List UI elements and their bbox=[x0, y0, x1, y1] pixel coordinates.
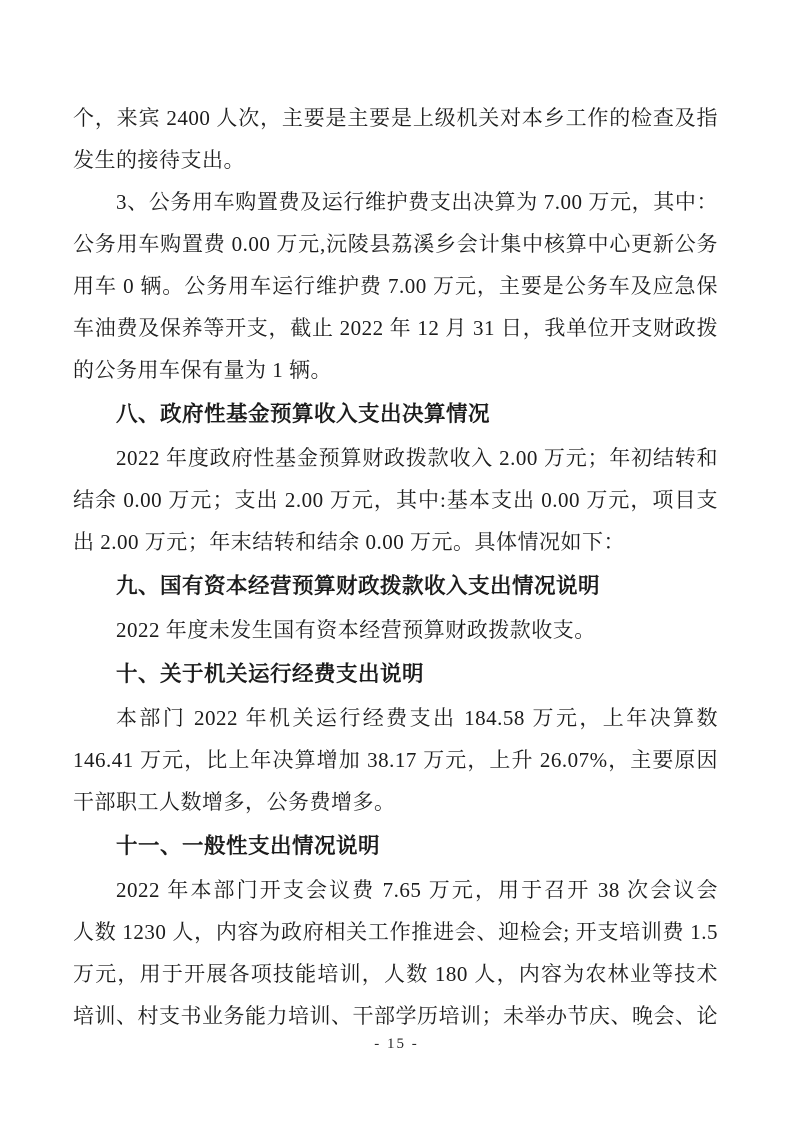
paragraph-line: 2022 年度政府性基金预算财政拨款收入 2.00 万元；年初结转和 bbox=[73, 437, 718, 479]
paragraph-line: 146.41 万元，比上年决算增加 38.17 万元，上升 26.07%，主要原… bbox=[73, 739, 718, 781]
paragraph-line: 发生的接待支出。 bbox=[73, 139, 718, 181]
paragraph-line: 培训、村支书业务能力培训、干部学历培训；未举办节庆、晚会、论 bbox=[73, 995, 718, 1037]
paragraph-line: 出 2.00 万元；年末结转和结余 0.00 万元。具体情况如下： bbox=[73, 521, 718, 563]
paragraph-line: 的公务用车保有量为 1 辆。 bbox=[73, 349, 718, 391]
paragraph-line: 干部职工人数增多，公务费增多。 bbox=[73, 781, 718, 823]
document-page: 个，来宾 2400 人次，主要是主要是上级机关对本乡工作的检查及指导 发生的接待… bbox=[0, 0, 793, 1122]
paragraph-line: 人数 1230 人，内容为政府相关工作推进会、迎检会; 开支培训费 1.5 bbox=[73, 911, 718, 953]
paragraph-line: 公务用车购置费 0.00 万元,沅陵县荔溪乡会计集中核算中心更新公务 bbox=[73, 223, 718, 265]
heading-section-10: 十、关于机关运行经费支出说明 bbox=[73, 653, 718, 695]
paragraph-line: 2022 年本部门开支会议费 7.65 万元，用于召开 38 次会议会议， bbox=[73, 869, 718, 911]
paragraph-line: 结余 0.00 万元；支出 2.00 万元，其中:基本支出 0.00 万元，项目… bbox=[73, 479, 718, 521]
paragraph-line: 本部门 2022 年机关运行经费支出 184.58 万元，上年决算数 bbox=[73, 697, 718, 739]
heading-section-9: 九、国有资本经营预算财政拨款收入支出情况说明 bbox=[73, 565, 718, 607]
paragraph-line: 用车 0 辆。公务用车运行维护费 7.00 万元，主要是公务车及应急保障 bbox=[73, 265, 718, 307]
paragraph-line: 2022 年度未发生国有资本经营预算财政拨款收支。 bbox=[73, 609, 718, 651]
page-number: - 15 - bbox=[0, 1036, 793, 1053]
paragraph-line: 车油费及保养等开支，截止 2022 年 12 月 31 日，我单位开支财政拨款 bbox=[73, 307, 718, 349]
heading-section-8: 八、政府性基金预算收入支出决算情况 bbox=[73, 393, 718, 435]
paragraph-line: 个，来宾 2400 人次，主要是主要是上级机关对本乡工作的检查及指导 bbox=[73, 97, 718, 139]
paragraph-line: 万元，用于开展各项技能培训，人数 180 人，内容为农林业等技术员 bbox=[73, 953, 718, 995]
page-body: 个，来宾 2400 人次，主要是主要是上级机关对本乡工作的检查及指导 发生的接待… bbox=[73, 97, 718, 1037]
heading-section-11: 十一、一般性支出情况说明 bbox=[73, 825, 718, 867]
paragraph-line: 3、公务用车购置费及运行维护费支出决算为 7.00 万元，其中： bbox=[73, 181, 718, 223]
